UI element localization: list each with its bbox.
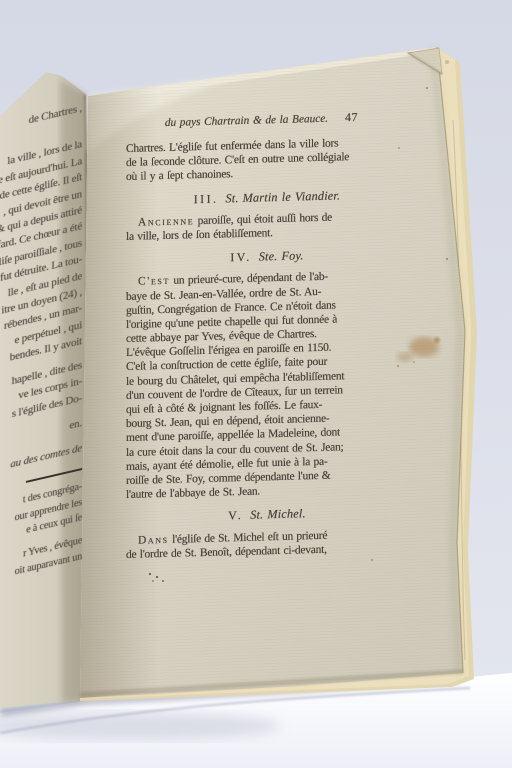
lead-word: C'est — [138, 275, 170, 288]
section-title: St. Michel. — [250, 507, 305, 522]
page-number: 47 — [345, 109, 386, 124]
right-page-text: du pays Chartrain & de la Beauce. 47 Cha… — [126, 109, 408, 562]
lead-word: Dans — [138, 533, 169, 546]
lead-word: Ancienne — [138, 215, 194, 228]
section-title: Ste. Foy. — [259, 248, 304, 263]
section-numeral: IV. — [230, 250, 251, 265]
section-numeral: III. — [194, 191, 219, 206]
section-numeral: V. — [228, 508, 243, 522]
section-heading-3: III.St. Martin le Viandier. — [126, 186, 408, 208]
section-heading-5: V.St. Michel. — [126, 504, 408, 526]
paragraph-3: Ancienne paroiſſe, qui étoit auſſi hors … — [126, 208, 408, 244]
book-photograph: de Chartres , la ville , lors de la lle … — [0, 0, 512, 768]
section-heading-4: IV.Ste. Foy. — [126, 246, 408, 268]
paragraph-4: C'est un prieuré-cure, dépendant de l'ab… — [126, 268, 408, 502]
section-title: St. Martin le Viandier. — [225, 188, 340, 205]
paragraph-intro: Chartres. L'égliſe fut enfermée dans la … — [126, 135, 408, 185]
line-rest: paroiſſe, qui étoit auſſi hors de — [194, 211, 332, 227]
running-title: du pays Chartrain & de la Beauce. — [165, 112, 328, 130]
